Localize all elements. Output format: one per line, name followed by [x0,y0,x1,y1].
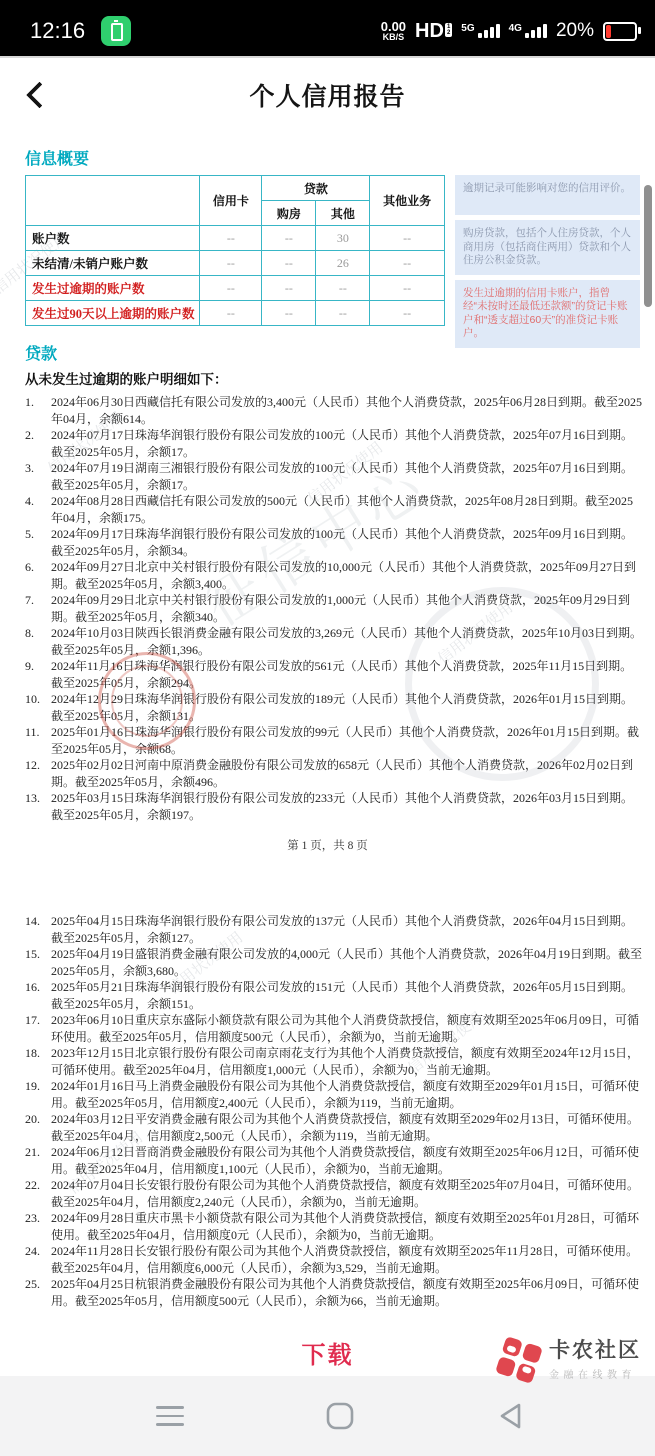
loan-item: 19.2024年01月16日马上消费金融股份有限公司为其他个人消费贷款授信，额度… [25,1078,643,1111]
loan-item-number: 12. [25,757,51,790]
loan-item-number: 6. [25,559,51,592]
back-triangle-icon [497,1402,523,1430]
battery-icon [603,22,637,41]
recents-button[interactable] [145,1391,195,1441]
clock: 12:16 [30,18,85,44]
summary-header-row: 信用卡 贷款 其他业务 [26,176,445,201]
loan-item-number: 13. [25,790,51,823]
hd-label: HD [415,21,444,41]
summary-cell: -- [370,276,445,301]
loan-item: 2.2024年07月17日珠海华润银行股份有限公司发放的100元（人民币）其他个… [25,427,643,460]
loan-item: 21.2024年06月12日晋商消费金融股份有限公司为其他个人消费贷款授信，额度… [25,1144,643,1177]
row-label: 发生过90天以上逾期的账户数 [26,301,200,326]
loan-item-number: 20. [25,1111,51,1144]
loan-item-text: 2025年05月21日珠海华润银行股份有限公司发放的151元（人民币）其他个人消… [51,979,643,1012]
loan-item-text: 2024年09月27日北京中关村银行股份有限公司发放的10,000元（人民币）其… [51,559,643,592]
summary-cell: -- [262,226,316,251]
table-row: 未结清/未销户账户数 -- -- 26 -- [26,251,445,276]
loan-item-text: 2025年01月16日珠海华润银行股份有限公司发放的99元（人民币）其他个人消费… [51,724,643,757]
signal-5g-label: 5G [461,24,474,33]
loan-item-text: 2024年06月30日西藏信托有限公司发放的3,400元（人民币）其他个人消费贷… [51,394,643,427]
loan-item-text: 2024年07月04日长安银行股份有限公司为其他个人消费贷款授信，额度有效期至2… [51,1177,643,1210]
summary-cell: -- [370,251,445,276]
summary-cell: -- [316,276,370,301]
loan-item-text: 2024年09月28日重庆市黑卡小额贷款有限公司为其他个人消费贷款授信，额度有效… [51,1210,643,1243]
section-title-summary: 信息概要 [25,132,655,169]
loan-item-text: 2024年01月16日马上消费金融股份有限公司为其他个人消费贷款授信，额度有效期… [51,1078,643,1111]
loan-item: 16.2025年05月21日珠海华润银行股份有限公司发放的151元（人民币）其他… [25,979,643,1012]
back-nav-button[interactable] [485,1391,535,1441]
loan-item-number: 4. [25,493,51,526]
signal-5g-icon: 5G [461,24,499,38]
summary-cell: -- [316,301,370,326]
loan-item: 22.2024年07月04日长安银行股份有限公司为其他个人消费贷款授信，额度有效… [25,1177,643,1210]
signal-bar [478,33,482,38]
loan-item-number: 17. [25,1012,51,1045]
menu-icon [156,1406,184,1426]
loan-item-text: 2024年07月19日湖南三湘银行股份有限公司发放的100元（人民币）其他个人消… [51,460,643,493]
loan-item-number: 16. [25,979,51,1012]
loan-item-text: 2024年07月17日珠海华润银行股份有限公司发放的100元（人民币）其他个人消… [51,427,643,460]
signal-bar [543,24,547,38]
brand-tagline: 金融在线教育 [549,1366,641,1381]
loan-item-text: 2023年06月10日重庆京东盛际小额贷款有限公司为其他个人消费贷款授信，额度有… [51,1012,643,1045]
loan-item: 10.2024年12月29日珠海华润银行股份有限公司发放的189元（人民币）其他… [25,691,643,724]
loan-item: 23.2024年09月28日重庆市黑卡小额贷款有限公司为其他个人消费贷款授信，额… [25,1210,643,1243]
network-speed: 0.00 KB/S [381,20,406,42]
battery-level [606,25,611,38]
hd-volte-icon: HD 1 2 [415,21,452,41]
loan-item-number: 11. [25,724,51,757]
loan-item-text: 2025年04月19日盛银消费金融有限公司发放的4,000元（人民币）其他个人消… [51,946,643,979]
summary-cell: -- [370,226,445,251]
signal-bar [484,30,488,38]
loan-item-number: 8. [25,625,51,658]
loan-item: 14.2025年04月15日珠海华润银行股份有限公司发放的137元（人民币）其他… [25,913,643,946]
summary-cell: -- [262,251,316,276]
row-label: 账户数 [26,226,200,251]
table-row-overdue: 发生过逾期的账户数 -- -- -- -- [26,276,445,301]
note-house-loan: 购房贷款，包括个人住房贷款，个人商用房（包括商住两用）贷款和个人住房公积金贷款。 [455,220,640,275]
loan-item-text: 2025年03月15日珠海华润银行股份有限公司发放的233元（人民币）其他个人消… [51,790,643,823]
loan-item-text: 2024年12月29日珠海华润银行股份有限公司发放的189元（人民币）其他个人消… [51,691,643,724]
summary-cell: -- [262,276,316,301]
loan-item-number: 10. [25,691,51,724]
loan-item-number: 14. [25,913,51,946]
back-button[interactable] [26,82,53,109]
loan-item: 5.2024年09月17日珠海华润银行股份有限公司发放的100元（人民币）其他个… [25,526,643,559]
side-notes: 逾期记录可能影响对您的信用评价。 购房贷款，包括个人住房贷款，个人商用房（包括商… [455,175,640,325]
loan-item-text: 2024年06月12日晋商消费金融股份有限公司为其他个人消费贷款授信，额度有效期… [51,1144,643,1177]
row-label: 发生过逾期的账户数 [26,276,200,301]
loan-item: 13.2025年03月15日珠海华润银行股份有限公司发放的233元（人民币）其他… [25,790,643,823]
battery-percent: 20% [556,20,594,42]
loan-item-text: 2024年08月28日西藏信托有限公司发放的500元（人民币）其他个人消费贷款，… [51,493,643,526]
col-loan-other: 其他 [316,201,370,226]
loan-item-text: 2025年04月15日珠海华润银行股份有限公司发放的137元（人民币）其他个人消… [51,913,643,946]
dual-sim-badge: 1 2 [445,23,452,37]
col-loan-house: 购房 [262,201,316,226]
brand-pinwheel-icon [496,1337,542,1383]
home-icon [325,1401,355,1431]
loan-item: 7.2024年09月29日北京中关村银行股份有限公司发放的1,000元（人民币）… [25,592,643,625]
loan-item: 8.2024年10月03日陕西长银消费金融有限公司发放的3,269元（人民币）其… [25,625,643,658]
loan-item: 15.2025年04月19日盛银消费金融有限公司发放的4,000元（人民币）其他… [25,946,643,979]
table-row-overdue-90: 发生过90天以上逾期的账户数 -- -- -- -- [26,301,445,326]
brand-text: 卡农社区 金融在线教育 [549,1340,641,1381]
summary-cell: -- [262,301,316,326]
summary-cell: -- [200,226,262,251]
brand-name: 卡农社区 [549,1340,641,1362]
loan-item: 9.2024年11月16日珠海华润银行股份有限公司发放的561元（人民币）其他个… [25,658,643,691]
loan-item-text: 2025年04月25日杭银消费金融股份有限公司为其他个人消费贷款授信，额度有效期… [51,1276,643,1309]
loan-item: 1.2024年06月30日西藏信托有限公司发放的3,400元（人民币）其他个人消… [25,394,643,427]
loan-item: 25.2025年04月25日杭银消费金融股份有限公司为其他个人消费贷款授信，额度… [25,1276,643,1309]
loan-item-number: 3. [25,460,51,493]
system-nav-bar [0,1376,655,1456]
loan-item-text: 2024年11月28日长安银行股份有限公司为其他个人消费贷款授信，额度有效期至2… [51,1243,643,1276]
loan-item-text: 2024年10月03日陕西长银消费金融有限公司发放的3,269元（人民币）其他个… [51,625,643,658]
summary-cell: 26 [316,251,370,276]
screen: 12:16 0.00 KB/S HD 1 2 5G [0,0,655,1456]
row-label: 未结清/未销户账户数 [26,251,200,276]
table-row: 账户数 -- -- 30 -- [26,226,445,251]
loan-item-text: 2023年12月15日北京银行股份有限公司南京雨花支行为其他个人消费贷款授信，额… [51,1045,643,1078]
sim-badge-bottom: 2 [447,30,450,36]
brand-watermark: 卡农社区 金融在线教育 [496,1337,641,1383]
loan-item-number: 23. [25,1210,51,1243]
loan-item-text: 2024年09月17日珠海华润银行股份有限公司发放的100元（人民币）其他个人消… [51,526,643,559]
loan-item-number: 2. [25,427,51,460]
signal-bar [490,27,494,38]
signal-4g-icon: 4G [509,24,547,38]
loan-item: 20.2024年03月12日平安消费金融有限公司为其他个人消费贷款授信，额度有效… [25,1111,643,1144]
loan-item-number: 19. [25,1078,51,1111]
battery-glyph [111,23,123,41]
loan-item-number: 24. [25,1243,51,1276]
loan-item: 24.2024年11月28日长安银行股份有限公司为其他个人消费贷款授信，额度有效… [25,1243,643,1276]
loan-item: 18.2023年12月15日北京银行股份有限公司南京雨花支行为其他个人消费贷款授… [25,1045,643,1078]
loan-item: 4.2024年08月28日西藏信托有限公司发放的500元（人民币）其他个人消费贷… [25,493,643,526]
loan-item-number: 15. [25,946,51,979]
home-button[interactable] [315,1391,365,1441]
status-left: 12:16 [30,16,131,46]
summary-cell [26,176,200,226]
loan-item-number: 22. [25,1177,51,1210]
loan-item-text: 2024年09月29日北京中关村银行股份有限公司发放的1,000元（人民币）其他… [51,592,643,625]
loan-item-number: 7. [25,592,51,625]
status-right: 0.00 KB/S HD 1 2 5G 4G 20% [381,20,637,42]
note-overdue: 逾期记录可能影响对您的信用评价。 [455,175,640,215]
summary-cell: -- [200,301,262,326]
loan-list-page1: 1.2024年06月30日西藏信托有限公司发放的3,400元（人民币）其他个人消… [25,394,643,823]
loan-item: 17.2023年06月10日重庆京东盛际小额贷款有限公司为其他个人消费贷款授信，… [25,1012,643,1045]
loan-item-number: 21. [25,1144,51,1177]
loan-item-number: 25. [25,1276,51,1309]
note-credit-card-overdue: 发生过逾期的信用卡账户，指曾经“未按时还最低还款额”的贷记卡账户和“透支超过60… [455,280,640,348]
scrollbar-thumb[interactable] [644,185,652,307]
col-other-business: 其他业务 [370,176,445,226]
status-bar: 12:16 0.00 KB/S HD 1 2 5G [0,0,655,58]
page-title: 个人信用报告 [249,77,405,113]
summary-table: 信用卡 贷款 其他业务 购房 其他 账户数 -- -- 30 -- 未结清/未销… [25,175,445,326]
summary-row: 信用卡 贷款 其他业务 购房 其他 账户数 -- -- 30 -- 未结清/未销… [25,175,640,325]
loan-item-number: 9. [25,658,51,691]
loan-list-page2: 14.2025年04月15日珠海华润银行股份有限公司发放的137元（人民币）其他… [25,913,643,1309]
col-loan: 贷款 [262,176,370,201]
network-speed-unit: KB/S [383,33,405,42]
battery-nub [114,20,118,22]
signal-bar [531,30,535,38]
loan-item-text: 2025年02月02日河南中原消费金融股份有限公司发放的658元（人民币）其他个… [51,757,643,790]
app-bar: 个人信用报告 [0,58,655,132]
col-credit-card: 信用卡 [200,176,262,226]
signal-bar [525,33,529,38]
loan-item: 6.2024年09月27日北京中关村银行股份有限公司发放的10,000元（人民币… [25,559,643,592]
summary-cell: -- [200,251,262,276]
battery-charging-icon [101,16,131,46]
loan-item-text: 2024年11月16日珠海华润银行股份有限公司发放的561元（人民币）其他个人消… [51,658,643,691]
signal-4g-label: 4G [509,24,522,33]
summary-cell: -- [200,276,262,301]
summary-cell: -- [370,301,445,326]
loan-item-number: 1. [25,394,51,427]
loan-item: 3.2024年07月19日湖南三湘银行股份有限公司发放的100元（人民币）其他个… [25,460,643,493]
loan-item-number: 18. [25,1045,51,1078]
loan-item-number: 5. [25,526,51,559]
summary-cell: 30 [316,226,370,251]
page-indicator: 第 1 页，共 8 页 [0,837,655,853]
credit-report-document: 信用状况使用 信用状况使用 信用状况使用 征信中心 信用状况使用 信用状况使用 … [0,132,655,1370]
loan-item-text: 2024年03月12日平安消费金融有限公司为其他个人消费贷款授信，额度有效期至2… [51,1111,643,1144]
loan-item: 12.2025年02月02日河南中原消费金融股份有限公司发放的658元（人民币）… [25,757,643,790]
signal-bar [496,24,500,38]
loan-item: 11.2025年01月16日珠海华润银行股份有限公司发放的99元（人民币）其他个… [25,724,643,757]
signal-bar [537,27,541,38]
loans-subtitle: 从未发生过逾期的账户明细如下： [25,368,655,388]
